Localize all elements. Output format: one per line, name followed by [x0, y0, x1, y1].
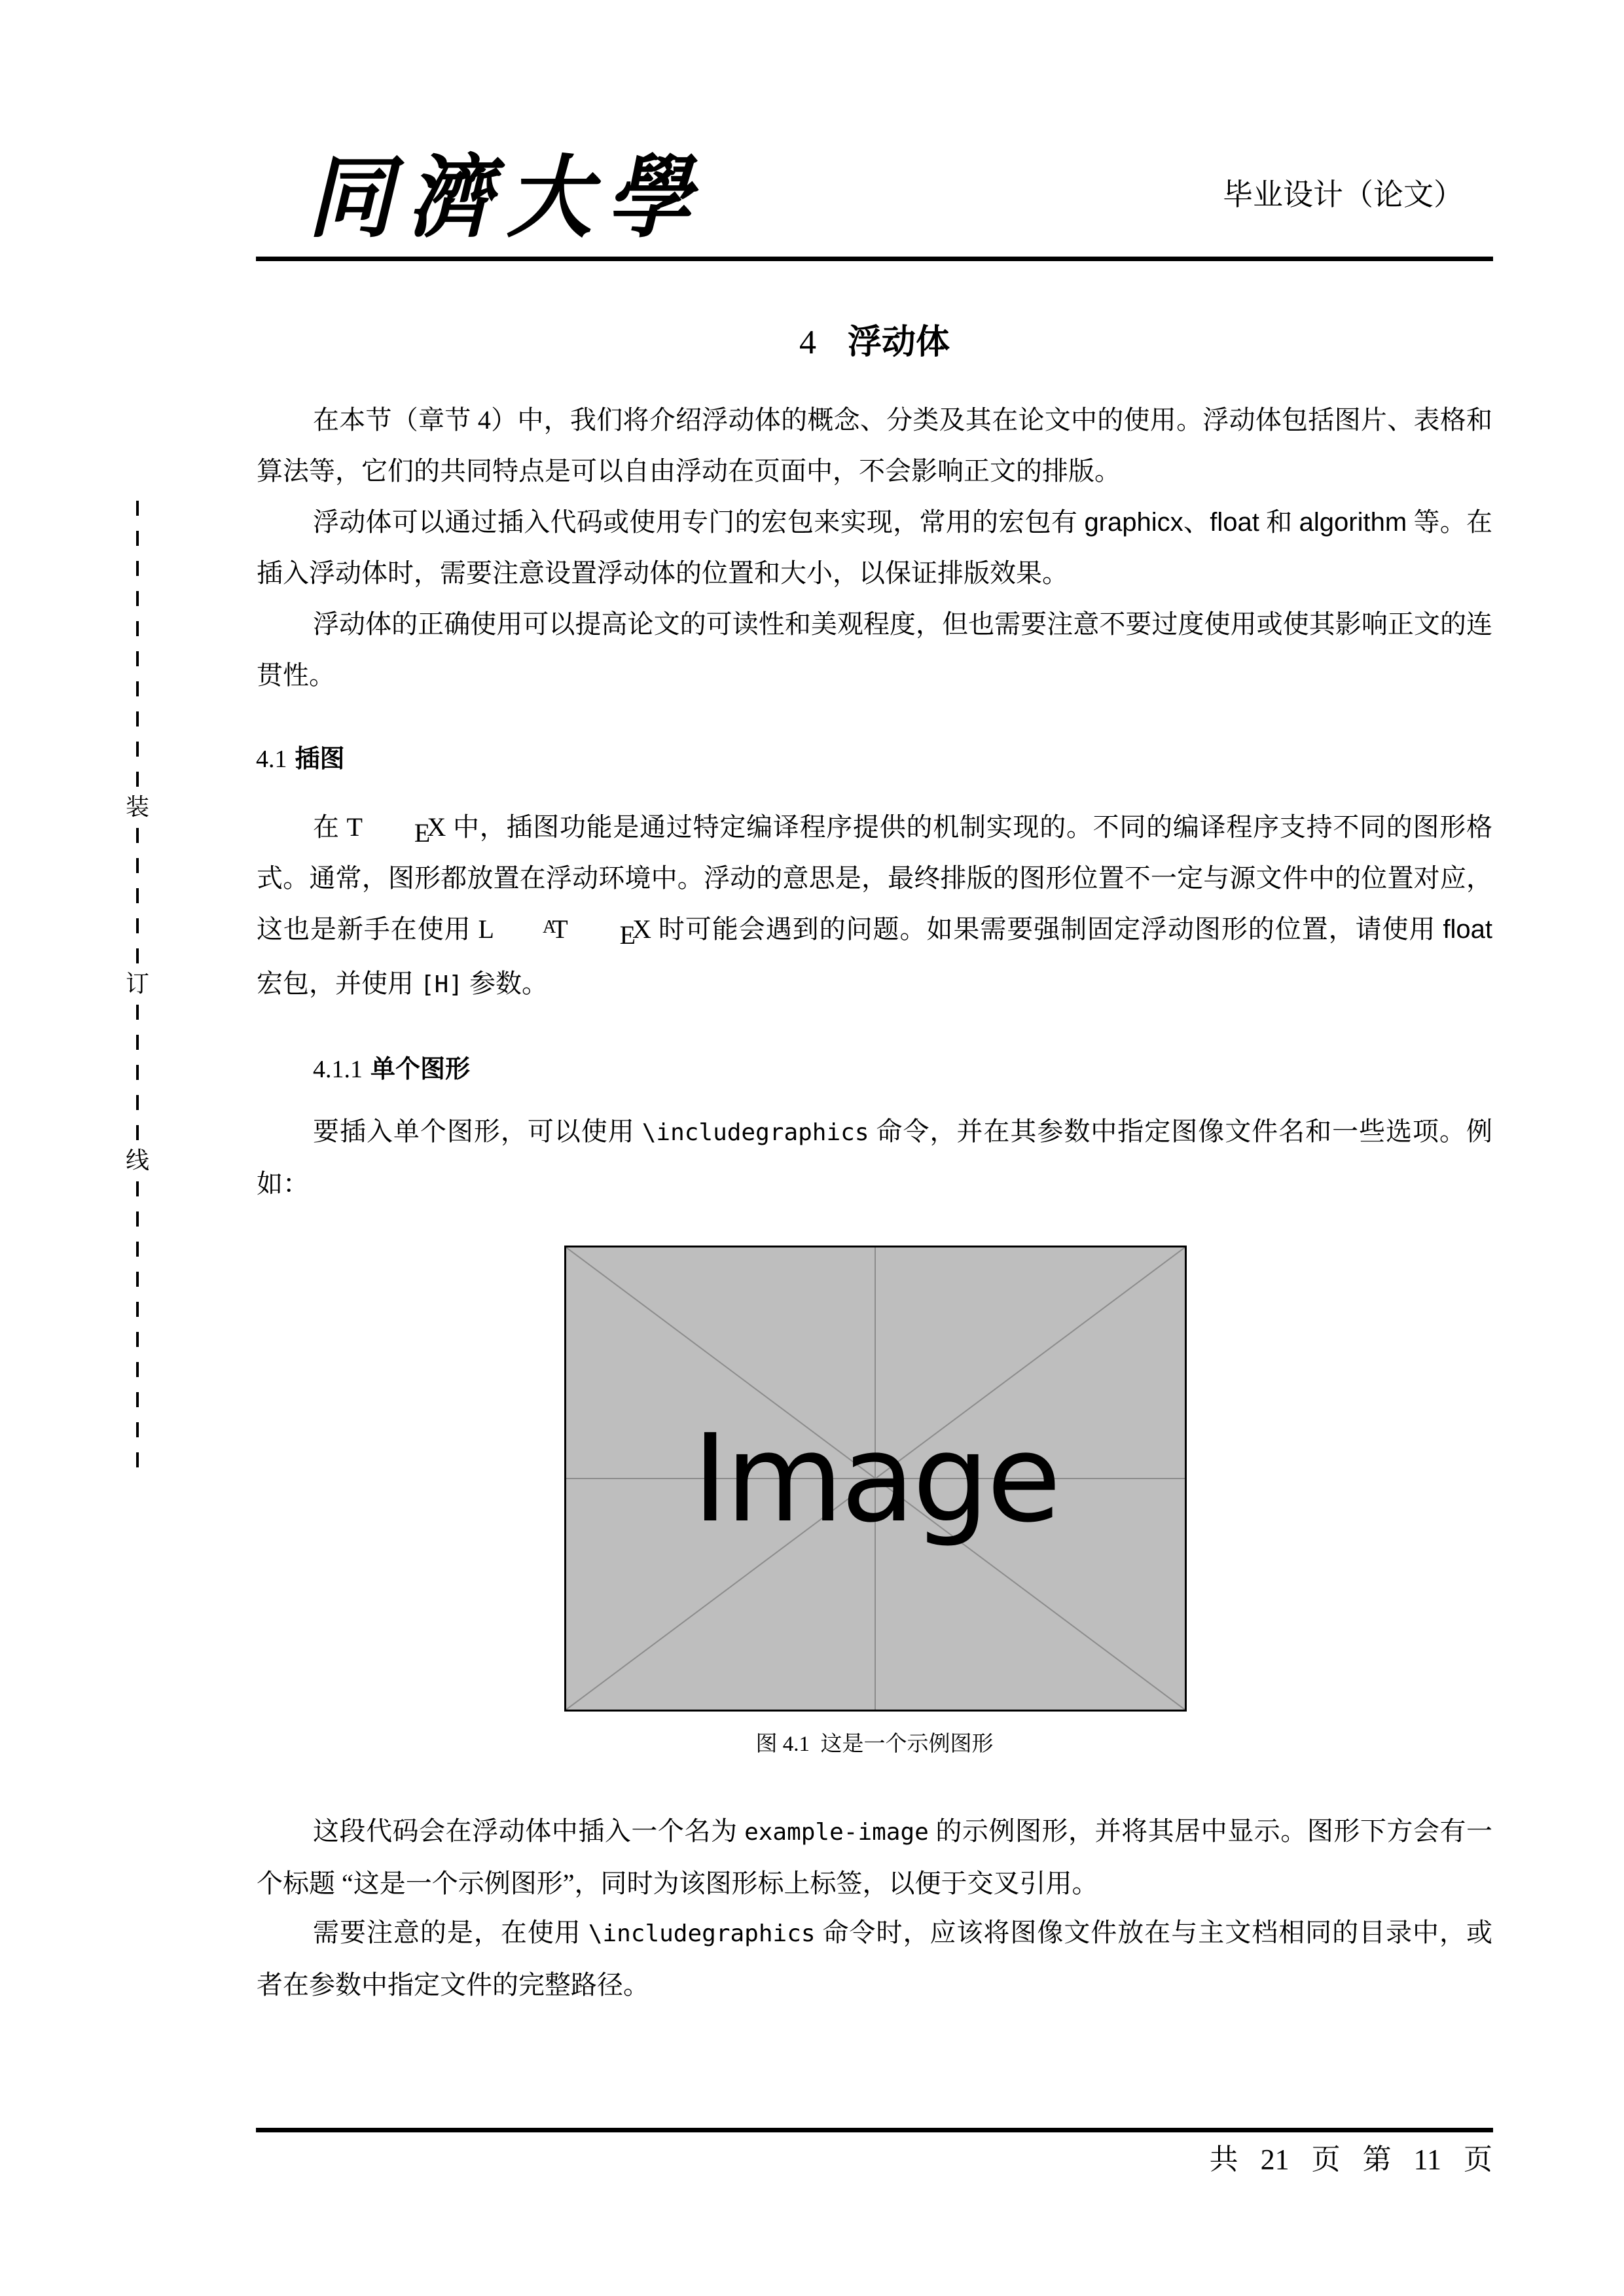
footer-rule — [256, 2128, 1493, 2132]
tex-e: E — [358, 808, 430, 859]
binding-dash — [136, 1065, 139, 1080]
latex-a: A — [486, 902, 556, 953]
text-run: 浮动体可以通过插入代码或使用专门的宏包来实现，常用的宏包有 — [313, 507, 1084, 537]
binding-char-zhuang: 装 — [111, 795, 164, 819]
binding-dash — [136, 1095, 139, 1110]
paragraph-file-path-note: 需要注意的是，在使用 \includegraphics 命令时，应该将图像文件放… — [257, 1907, 1492, 2011]
text-run: 、 — [1183, 507, 1210, 537]
caption-text: 这是一个示例图形 — [821, 1732, 994, 1756]
binding-dash — [136, 918, 139, 933]
section-title: 插图 — [295, 744, 345, 773]
figure-caption: 图 4.1 这是一个示例图形 — [256, 1728, 1493, 1761]
text-run: 需要注意的是，在使用 — [313, 1918, 588, 1947]
footer-current-page: 11 — [1414, 2144, 1441, 2176]
binding-dash — [136, 1035, 139, 1050]
binding-dash — [136, 681, 139, 696]
package-graphicx: graphicx — [1084, 508, 1183, 537]
example-image-placeholder: Image — [564, 1246, 1187, 1712]
university-logo: 同濟大學 — [308, 143, 706, 253]
binding-dash — [136, 651, 139, 666]
chapter-title: 4浮动体 — [256, 319, 1493, 366]
binding-dash — [136, 1362, 139, 1377]
text-run: 要插入单个图形，可以使用 — [313, 1117, 642, 1146]
binding-dash — [136, 1125, 139, 1140]
binding-dash — [136, 1392, 139, 1407]
caption-label: 图 4.1 — [756, 1732, 810, 1756]
binding-dash — [136, 888, 139, 903]
text-run: 参数。 — [463, 969, 548, 998]
header-rule — [256, 257, 1493, 261]
binding-dash — [136, 828, 139, 843]
binding-dash — [136, 772, 139, 787]
footer-total-prefix: 共 — [1210, 2144, 1238, 2176]
paragraph-includegraphics: 要插入单个图形，可以使用 \includegraphics 命令，并在其参数中指… — [257, 1106, 1492, 1210]
binding-dash — [136, 1211, 139, 1227]
text-run: 这段代码会在浮动体中插入一个名为 — [313, 1816, 744, 1846]
package-float: float — [1443, 915, 1492, 944]
page-number-footer: 共21页第11页 — [1113, 2140, 1492, 2179]
tex-logo: TEX — [346, 812, 446, 842]
section-heading-4-1: 4.1插图 — [256, 742, 345, 776]
text-run: 和 — [1259, 507, 1299, 537]
footer-page-unit: 页 — [1464, 2144, 1492, 2176]
binding-dash — [136, 561, 139, 576]
text-run: 时可能会遇到的问题。如果需要强制固定浮动图形的位置，请使用 — [651, 914, 1443, 944]
latex-logo: LATEX — [478, 914, 651, 944]
package-algorithm: algorithm — [1299, 508, 1407, 537]
binding-dash — [136, 711, 139, 726]
code-example-image: example-image — [744, 1819, 929, 1846]
tex-e: E — [564, 910, 636, 961]
binding-dash — [136, 1422, 139, 1437]
footer-current-prefix: 第 — [1363, 2144, 1392, 2176]
paragraph-usage: 浮动体的正确使用可以提高论文的可读性和美观程度，但也需要注意不要过度使用或使其影… — [257, 599, 1492, 701]
binding-dash — [136, 1452, 139, 1467]
package-float: float — [1210, 508, 1259, 537]
binding-dash — [136, 1332, 139, 1347]
binding-line: 装 订 线 — [111, 501, 164, 1482]
paragraph-packages: 浮动体可以通过插入代码或使用专门的宏包来实现，常用的宏包有 graphicx、f… — [257, 497, 1492, 599]
binding-dash — [136, 591, 139, 606]
code-includegraphics: \includegraphics — [588, 1920, 816, 1947]
binding-dash — [136, 858, 139, 873]
subsection-heading-4-1-1: 4.1.1单个图形 — [313, 1052, 470, 1086]
footer-page-unit: 页 — [1312, 2144, 1341, 2176]
paragraph-example-explain: 这段代码会在浮动体中插入一个名为 example-image 的示例图形，并将其… — [257, 1806, 1492, 1909]
binding-dash — [136, 1005, 139, 1020]
binding-dash — [136, 948, 139, 963]
binding-dash — [136, 501, 139, 516]
binding-dash — [136, 1181, 139, 1196]
binding-dash — [136, 1242, 139, 1257]
binding-dash — [136, 531, 139, 546]
placeholder-label: Image — [566, 1247, 1185, 1710]
binding-dash — [136, 1272, 139, 1287]
binding-dash — [136, 1302, 139, 1317]
subsection-number: 4.1.1 — [313, 1056, 363, 1083]
binding-dash — [136, 621, 139, 636]
paragraph-intro: 在本节（章节 4）中，我们将介绍浮动体的概念、分类及其在论文中的使用。浮动体包括… — [257, 395, 1492, 497]
paragraph-tex-figures: 在 TEX 中，插图功能是通过特定编译程序提供的机制实现的。不同的编译程序支持不… — [257, 802, 1492, 1011]
header-title: 毕业设计（论文） — [1223, 175, 1464, 215]
binding-char-ding: 订 — [111, 972, 164, 996]
code-includegraphics: \includegraphics — [642, 1119, 869, 1146]
text-run: 在 — [313, 812, 346, 842]
binding-char-xian: 线 — [111, 1149, 164, 1172]
subsection-title: 单个图形 — [370, 1054, 470, 1083]
chapter-title-text: 浮动体 — [848, 323, 950, 362]
footer-total-pages: 21 — [1261, 2144, 1290, 2176]
chapter-number: 4 — [799, 324, 816, 361]
section-number: 4.1 — [256, 745, 287, 773]
binding-dash — [136, 742, 139, 757]
text-run: 宏包，并使用 — [257, 969, 420, 998]
code-option-h: [H] — [420, 971, 463, 998]
